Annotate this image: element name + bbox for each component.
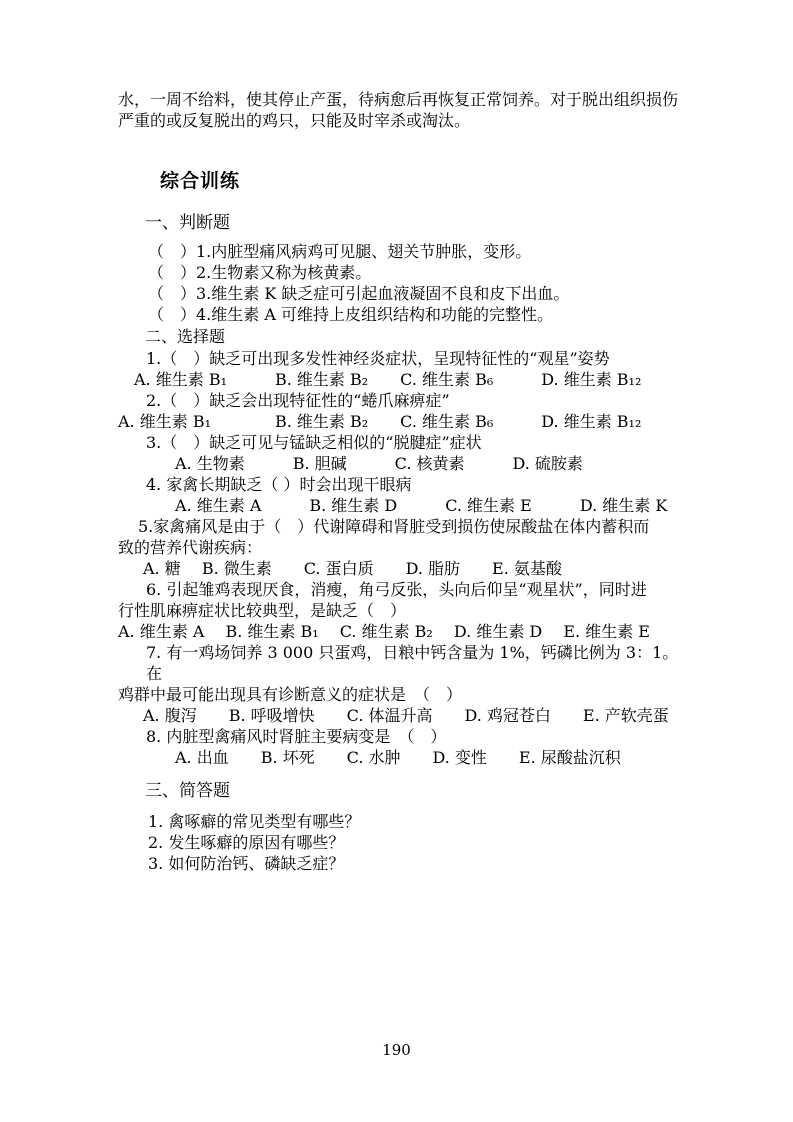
choice-lines: 1.（ ）缺乏可出现多发性神经炎症状，呈现特征性的“观星”姿势 A. 维生素 B… bbox=[118, 348, 684, 768]
short-answer-section-title: 三、简答题 bbox=[145, 780, 684, 802]
choice-options-2: A. 维生素 B₁ B. 维生素 B₂ C. 维生素 B₆ D. 维生素 B₁₂ bbox=[118, 411, 684, 432]
choice-options-7: A. 腹泻 B. 呼吸增快 C. 体温升高 D. 鸡冠苍白 E. 产软壳蛋 bbox=[143, 705, 684, 726]
choice-section-title: 二、选择题 bbox=[145, 326, 684, 348]
judgment-item: （ ）3.维生素 K 缺乏症可引起血液凝固不良和皮下出血。 bbox=[148, 283, 684, 304]
choice-question-3: 3.（ ）缺乏可见与锰缺乏相似的“脱腱症”症状 bbox=[146, 432, 684, 453]
choice-question-5: 5.家禽痛风是由于（ ）代谢障碍和肾脏受到损伤使尿酸盐在体内蓄积而 bbox=[138, 516, 684, 537]
choice-section: 二、选择题 1.（ ）缺乏可出现多发性神经炎症状，呈现特征性的“观星”姿势 A.… bbox=[118, 326, 684, 768]
page-number: 190 bbox=[0, 1040, 793, 1060]
choice-options-6: A. 维生素 A B. 维生素 B₁ C. 维生素 B₂ D. 维生素 D E.… bbox=[118, 621, 684, 642]
judgment-section: 一、判断题 （ ）1.内脏型痛风病鸡可见腿、翅关节肿胀，变形。 （ ）2.生物素… bbox=[118, 212, 684, 325]
judgment-items: （ ）1.内脏型痛风病鸡可见腿、翅关节肿胀，变形。 （ ）2.生物素又称为核黄素… bbox=[118, 241, 684, 325]
judgment-item: （ ）2.生物素又称为核黄素。 bbox=[148, 262, 684, 283]
document-page: 水，一周不给料，使其停止产蛋，待病愈后再恢复正常饲养。对于脱出组织损伤 严重的或… bbox=[0, 0, 793, 1122]
judgment-item: （ ）4.维生素 A 可维持上皮组织结构和功能的完整性。 bbox=[148, 304, 684, 325]
choice-question-7: 7. 有一鸡场饲养 3 000 只蛋鸡，日粮中钙含量为 1%，钙磷比例为 3：1… bbox=[146, 642, 684, 684]
choice-question-1: 1.（ ）缺乏可出现多发性神经炎症状，呈现特征性的“观星”姿势 bbox=[146, 348, 684, 369]
choice-question-6: 6. 引起雏鸡表现厌食，消瘦，角弓反张，头向后仰呈“观星状”，同时进 bbox=[146, 579, 684, 600]
intro-line-2: 严重的或反复脱出的鸡只，只能及时宰杀或淘汰。 bbox=[118, 110, 684, 131]
choice-options-1: A. 维生素 B₁ B. 维生素 B₂ C. 维生素 B₆ D. 维生素 B₁₂ bbox=[134, 369, 684, 390]
short-answer-item: 1. 禽啄癖的常见类型有哪些？ bbox=[148, 811, 684, 832]
choice-options-8: A. 出血 B. 坏死 C. 水肿 D. 变性 E. 尿酸盐沉积 bbox=[175, 747, 684, 768]
intro-paragraph: 水，一周不给料，使其停止产蛋，待病愈后再恢复正常饲养。对于脱出组织损伤 严重的或… bbox=[118, 89, 684, 131]
short-answer-items: 1. 禽啄癖的常见类型有哪些？ 2. 发生啄癖的原因有哪些？ 3. 如何防治钙、… bbox=[118, 811, 684, 874]
choice-question-6-cont: 行性肌麻痹症状比较典型，是缺乏（ ） bbox=[118, 600, 684, 621]
judgment-item: （ ）1.内脏型痛风病鸡可见腿、翅关节肿胀，变形。 bbox=[148, 241, 684, 262]
short-answer-item: 3. 如何防治钙、磷缺乏症？ bbox=[148, 853, 684, 874]
choice-options-5: A. 糖 B. 微生素 C. 蛋白质 D. 脂肪 E. 氨基酸 bbox=[143, 558, 684, 579]
choice-question-4: 4. 家禽长期缺乏（ ）时会出现干眼病 bbox=[146, 474, 684, 495]
intro-line-1: 水，一周不给料，使其停止产蛋，待病愈后再恢复正常饲养。对于脱出组织损伤 bbox=[118, 89, 684, 110]
choice-question-8: 8. 内脏型禽痛风时肾脏主要病变是 （ ） bbox=[146, 726, 684, 747]
page-content: 水，一周不给料，使其停止产蛋，待病愈后再恢复正常饲养。对于脱出组织损伤 严重的或… bbox=[118, 89, 684, 874]
short-answer-section: 三、简答题 1. 禽啄癖的常见类型有哪些？ 2. 发生啄癖的原因有哪些？ 3. … bbox=[118, 780, 684, 874]
choice-question-7-cont: 鸡群中最可能出现具有诊断意义的症状是 （ ） bbox=[118, 684, 684, 705]
judgment-section-title: 一、判断题 bbox=[145, 212, 684, 234]
choice-question-5-cont: 致的营养代谢疾病： bbox=[118, 537, 684, 558]
choice-options-4: A. 维生素 A B. 维生素 D C. 维生素 E D. 维生素 K bbox=[175, 495, 684, 516]
short-answer-item: 2. 发生啄癖的原因有哪些？ bbox=[148, 832, 684, 853]
choice-question-2: 2.（ ）缺乏会出现特征性的“蜷爪麻痹症” bbox=[146, 390, 684, 411]
section-heading: 综合训练 bbox=[160, 168, 684, 194]
choice-options-3: A. 生物素 B. 胆碱 C. 核黄素 D. 硫胺素 bbox=[175, 453, 684, 474]
